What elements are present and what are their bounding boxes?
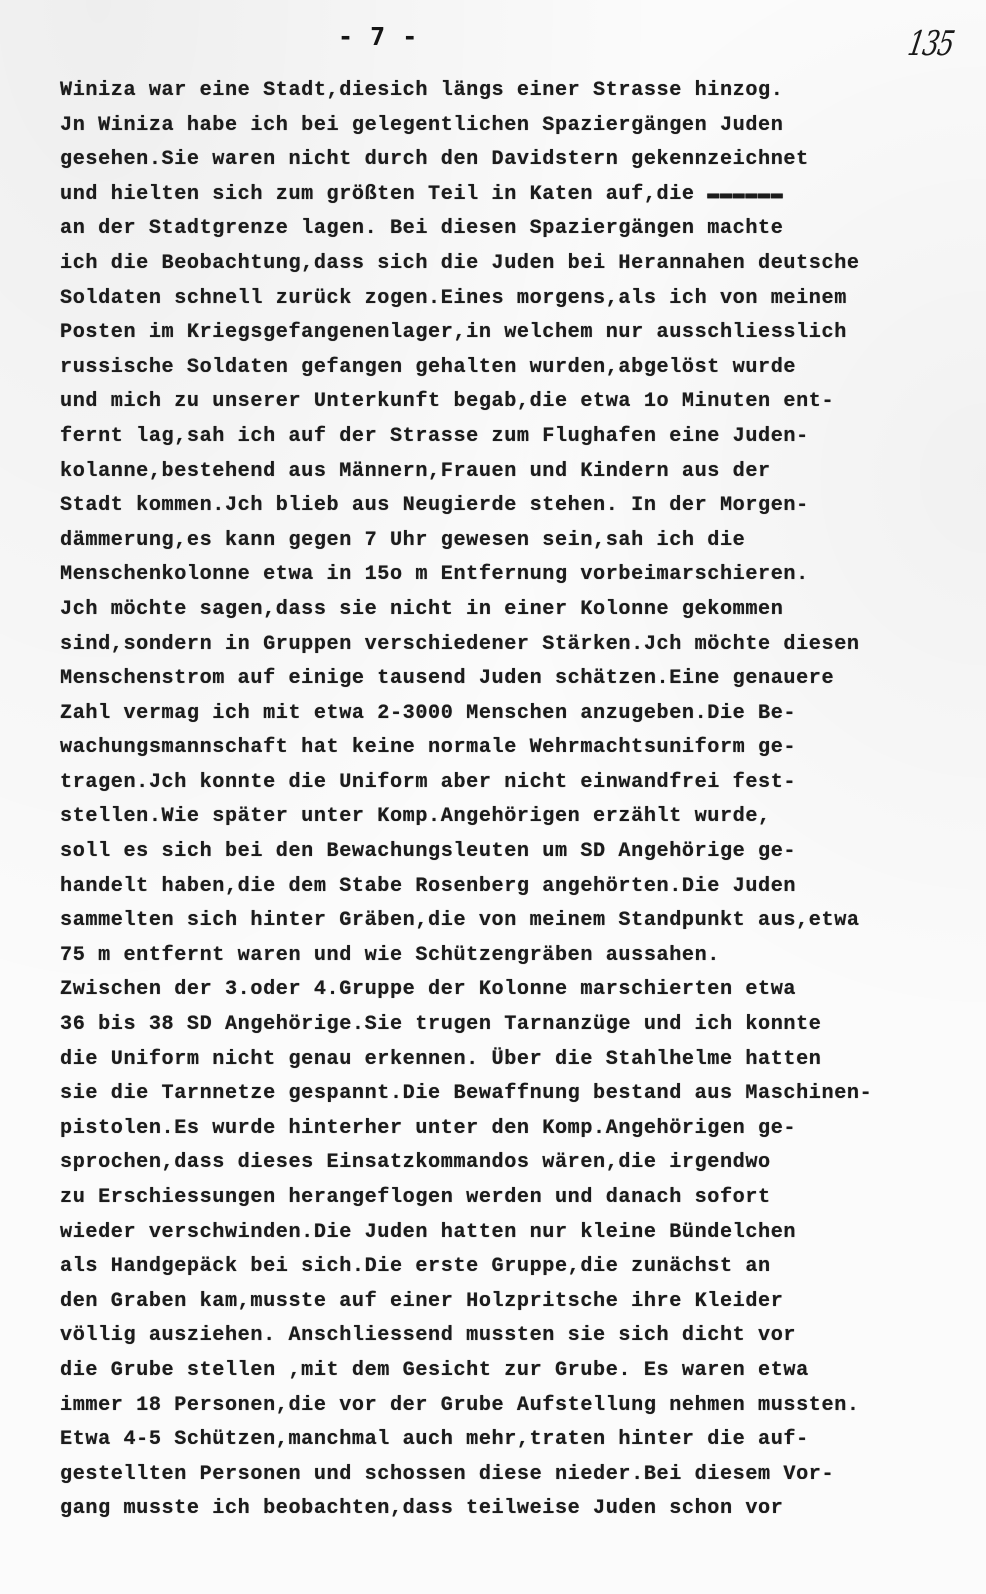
text-line: pistolen.Es wurde hinterher unter den Ko… (60, 1112, 965, 1147)
text-line: sprochen,dass dieses Einsatzkommandos wä… (60, 1146, 965, 1181)
text-line: stellen.Wie später unter Komp.Angehörige… (60, 800, 965, 835)
text-line: und mich zu unserer Unterkunft begab,die… (60, 385, 965, 420)
text-line: soll es sich bei den Bewachungsleuten um… (60, 835, 965, 870)
page-number: - 7 - (338, 22, 418, 51)
text-line: Stadt kommen.Jch blieb aus Neugierde ste… (60, 489, 965, 524)
handwritten-folio-number: 135 (905, 24, 956, 64)
text-line: wachungsmannschaft hat keine normale Weh… (60, 731, 965, 766)
text-line: ich die Beobachtung,dass sich die Juden … (60, 247, 965, 282)
text-line: 36 bis 38 SD Angehörige.Sie trugen Tarna… (60, 1008, 965, 1043)
text-line: immer 18 Personen,die vor der Grube Aufs… (60, 1389, 965, 1424)
text-line: Menschenstrom auf einige tausend Juden s… (60, 662, 965, 697)
text-line: Zwischen der 3.oder 4.Gruppe der Kolonne… (60, 973, 965, 1008)
text-line: gesehen.Sie waren nicht durch den Davids… (60, 143, 965, 178)
text-line: Winiza war eine Stadt,diesich längs eine… (60, 74, 965, 109)
text-line: und hielten sich zum größten Teil in Kat… (60, 178, 965, 213)
text-line: den Graben kam,musste auf einer Holzprit… (60, 1285, 965, 1320)
text-line: sie die Tarnnetze gespannt.Die Bewaffnun… (60, 1077, 965, 1112)
text-line: Jn Winiza habe ich bei gelegentlichen Sp… (60, 109, 965, 144)
text-line: 75 m entfernt waren und wie Schützengräb… (60, 939, 965, 974)
text-line: tragen.Jch konnte die Uniform aber nicht… (60, 766, 965, 801)
text-line: dämmerung,es kann gegen 7 Uhr gewesen se… (60, 524, 965, 559)
text-line: sind,sondern in Gruppen verschiedener St… (60, 628, 965, 663)
text-line: als Handgepäck bei sich.Die erste Gruppe… (60, 1250, 965, 1285)
text-line: kolanne,bestehend aus Männern,Frauen und… (60, 455, 965, 490)
text-line: gestellten Personen und schossen diese n… (60, 1458, 965, 1493)
text-line: die Uniform nicht genau erkennen. Über d… (60, 1043, 965, 1078)
text-line: Posten im Kriegsgefangenenlager,in welch… (60, 316, 965, 351)
document-page: - 7 - 135 Winiza war eine Stadt,diesich … (0, 0, 986, 1594)
text-line: Menschenkolonne etwa in 15o m Entfernung… (60, 558, 965, 593)
text-line: fernt lag,sah ich auf der Strasse zum Fl… (60, 420, 965, 455)
text-line: Etwa 4-5 Schützen,manchmal auch mehr,tra… (60, 1423, 965, 1458)
text-line: russische Soldaten gefangen gehalten wur… (60, 351, 965, 386)
text-line: sammelten sich hinter Gräben,die von mei… (60, 904, 965, 939)
text-line: an der Stadtgrenze lagen. Bei diesen Spa… (60, 212, 965, 247)
text-line: völlig ausziehen. Anschliessend mussten … (60, 1319, 965, 1354)
text-line: wieder verschwinden.Die Juden hatten nur… (60, 1216, 965, 1251)
text-line: Jch möchte sagen,dass sie nicht in einer… (60, 593, 965, 628)
text-line: gang musste ich beobachten,dass teilweis… (60, 1492, 965, 1527)
text-line: handelt haben,die dem Stabe Rosenberg an… (60, 870, 965, 905)
text-line: Zahl vermag ich mit etwa 2-3000 Menschen… (60, 697, 965, 732)
text-line: die Grube stellen ,mit dem Gesicht zur G… (60, 1354, 965, 1389)
typewritten-body-text: Winiza war eine Stadt,diesich längs eine… (60, 74, 980, 1527)
text-line: zu Erschiessungen herangeflogen werden u… (60, 1181, 965, 1216)
text-line: Soldaten schnell zurück zogen.Eines morg… (60, 282, 965, 317)
